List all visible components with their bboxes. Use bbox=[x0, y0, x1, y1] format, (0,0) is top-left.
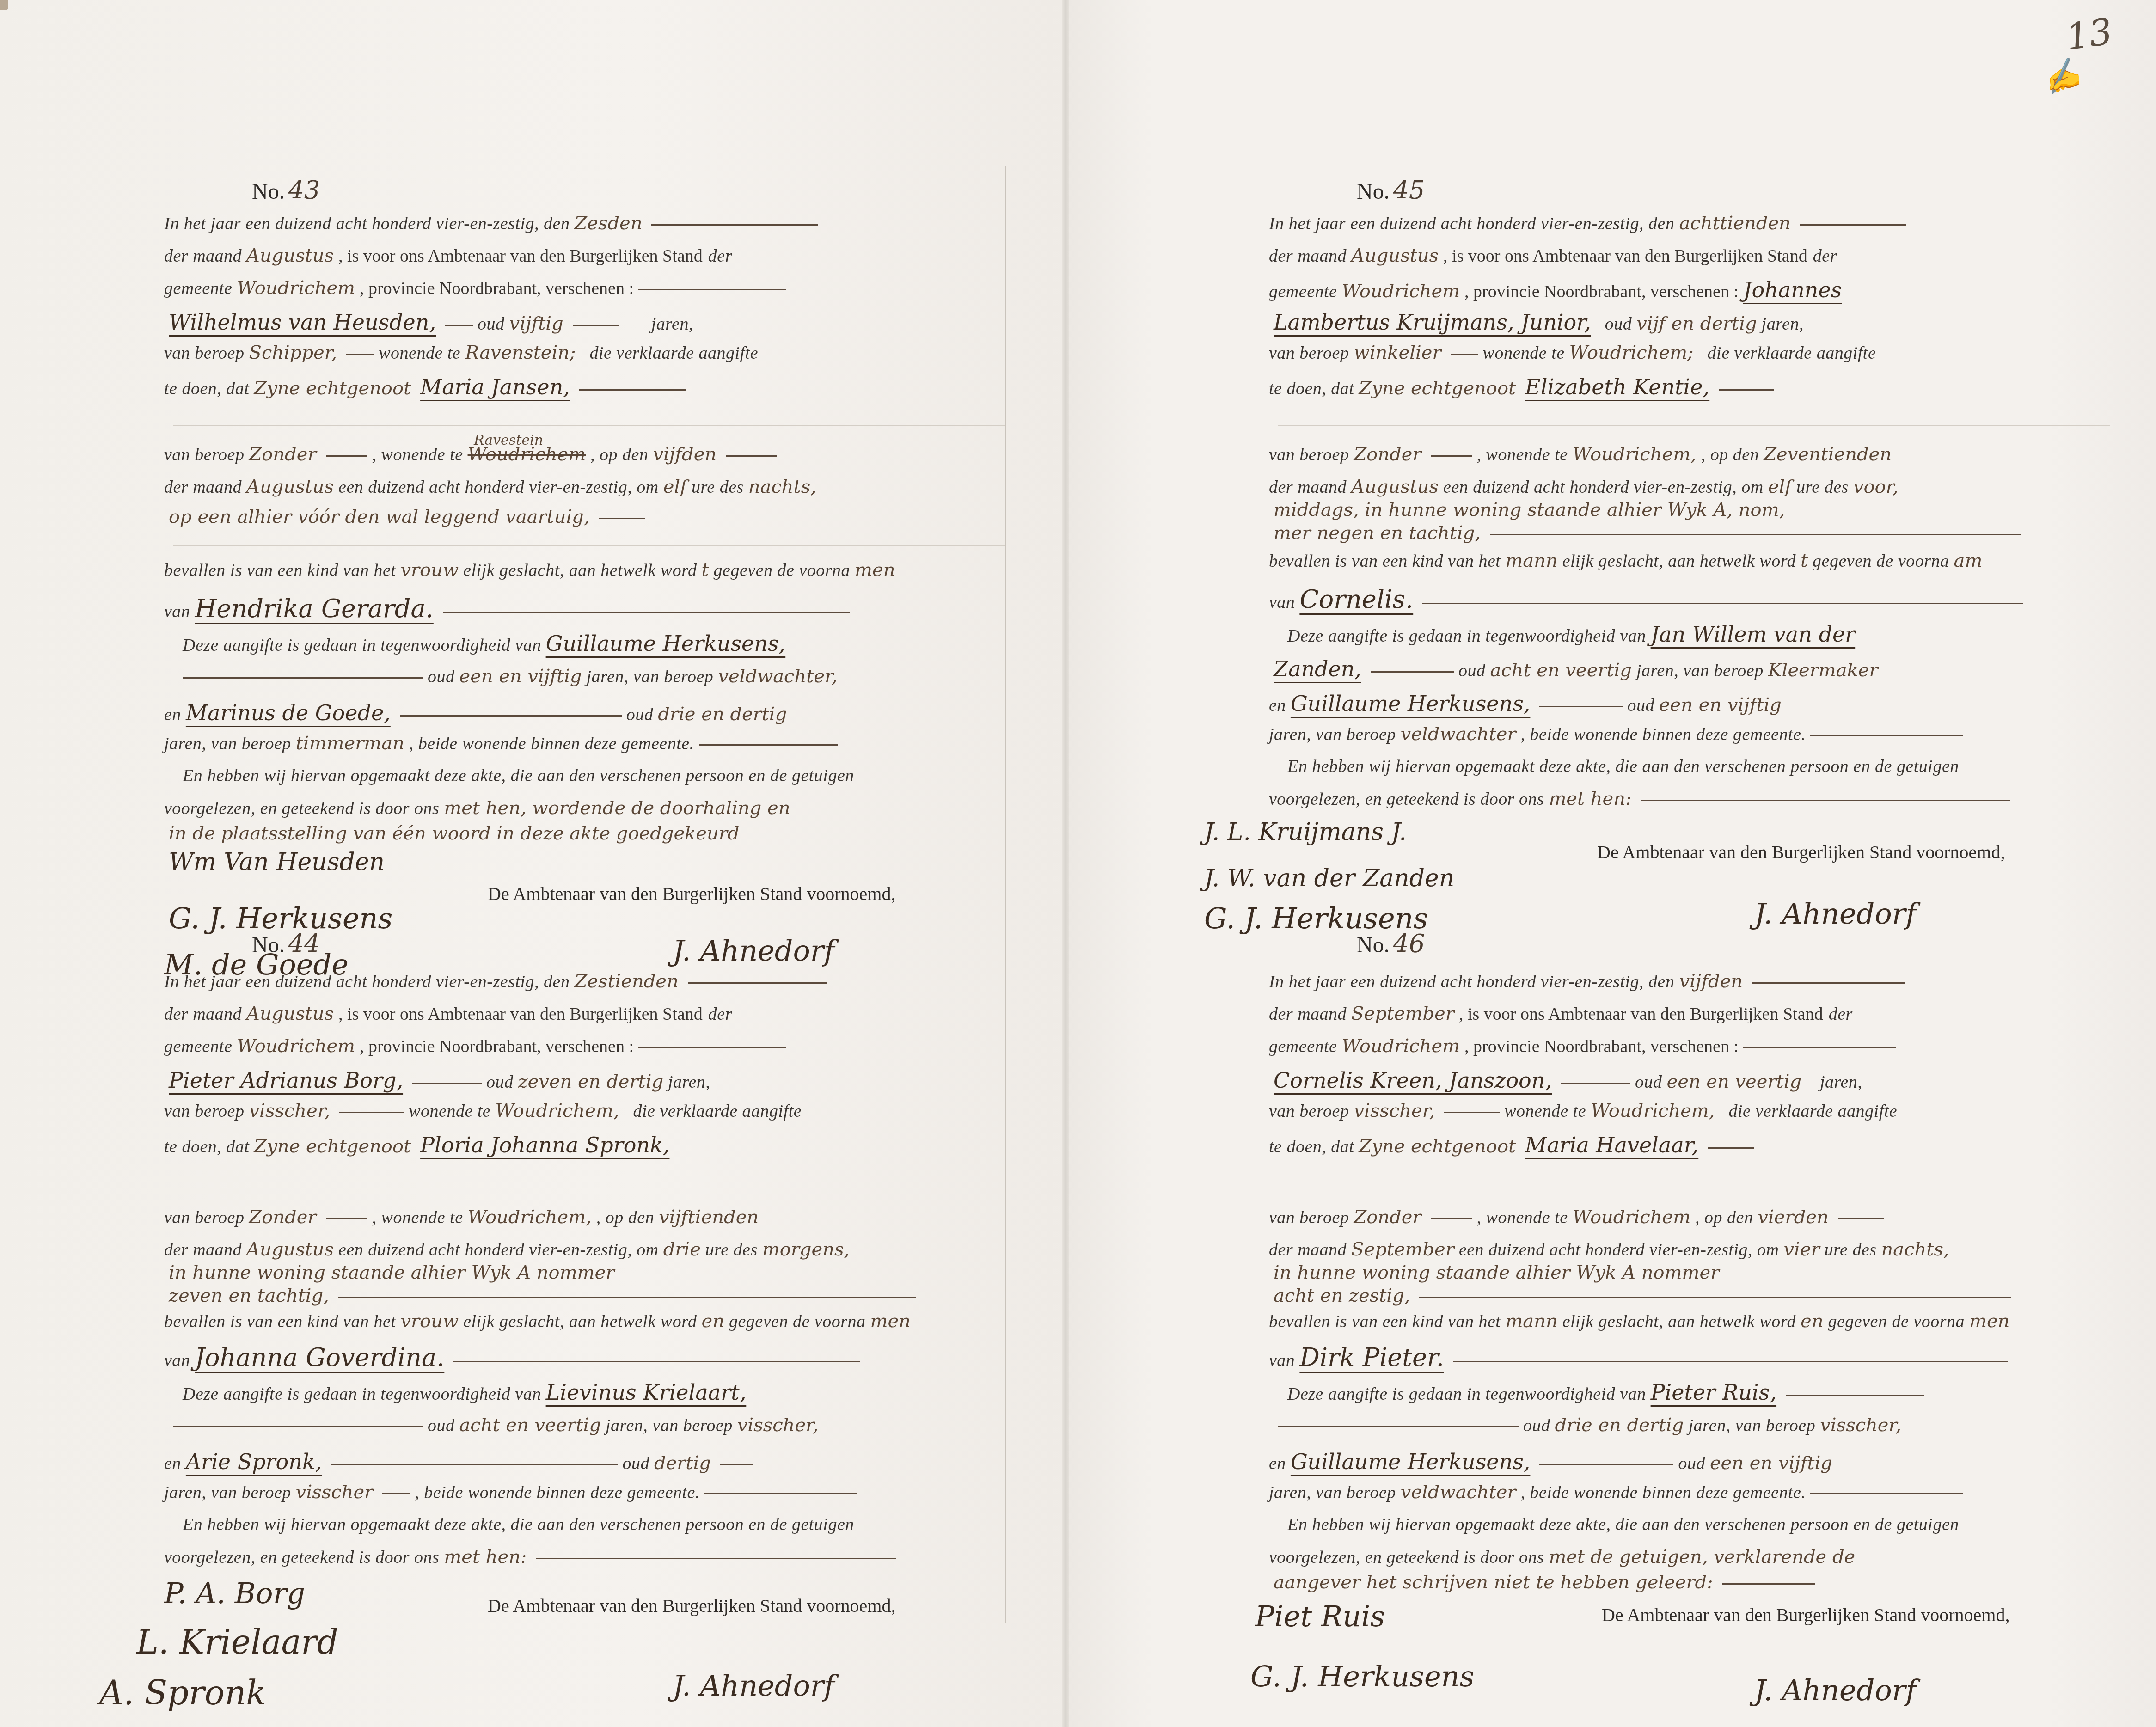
left-margin-rule bbox=[163, 166, 163, 1623]
signature-witness1: L. Krielaard bbox=[136, 1623, 338, 1661]
signature-official: J. Ahnedorf bbox=[1754, 1673, 1916, 1707]
signature-official: J. Ahnedorf bbox=[673, 934, 834, 968]
child-name: Hendrika Gerarda. bbox=[190, 594, 438, 623]
closing-formula: De Ambtenaar van den Burgerlijken Stand … bbox=[488, 883, 895, 905]
record-number: No.46 bbox=[1357, 929, 1425, 958]
child-name: Johanna Goverdina. bbox=[190, 1343, 449, 1372]
corner-stain bbox=[0, 0, 8, 10]
closing-formula: De Ambtenaar van den Burgerlijken Stand … bbox=[488, 1595, 895, 1617]
struck-word: Woudrichem bbox=[463, 444, 591, 465]
signature-declarant: P. A. Borg bbox=[164, 1576, 305, 1610]
signature-witness1: J. W. van der Zanden bbox=[1204, 864, 1454, 892]
signature-declarant: Piet Ruis bbox=[1255, 1599, 1385, 1633]
book-spread: 13 ✍ No.43 In het jaar een duizend acht … bbox=[0, 0, 2156, 1727]
child-name: Cornelis. bbox=[1295, 585, 1418, 614]
signature-declarant: J. L. Kruijmans J. bbox=[1204, 818, 1407, 846]
page-number: 13 bbox=[2064, 11, 2115, 59]
record-number: No.45 bbox=[1357, 176, 1425, 205]
closing-formula: De Ambtenaar van den Burgerlijken Stand … bbox=[1597, 841, 2005, 863]
signature-witness2: G. J. Herkusens bbox=[1250, 1660, 1474, 1693]
signature-official: J. Ahnedorf bbox=[1754, 897, 1916, 931]
closing-formula: De Ambtenaar van den Burgerlijken Stand … bbox=[1602, 1604, 2009, 1626]
record-number: No.43 bbox=[252, 176, 320, 205]
form-line-date: In het jaar een duizend acht honderd vie… bbox=[164, 213, 1010, 247]
signature-official: J. Ahnedorf bbox=[673, 1669, 834, 1703]
signature-declarant: Wm Van Heusden bbox=[169, 848, 385, 876]
record-number: No.44 bbox=[252, 929, 320, 958]
book-gutter bbox=[1062, 0, 1069, 1727]
right-page-left-rule bbox=[1268, 166, 1268, 1623]
signature-witness2: A. Spronk bbox=[99, 1673, 266, 1712]
child-name: Dirk Pieter. bbox=[1295, 1343, 1449, 1372]
